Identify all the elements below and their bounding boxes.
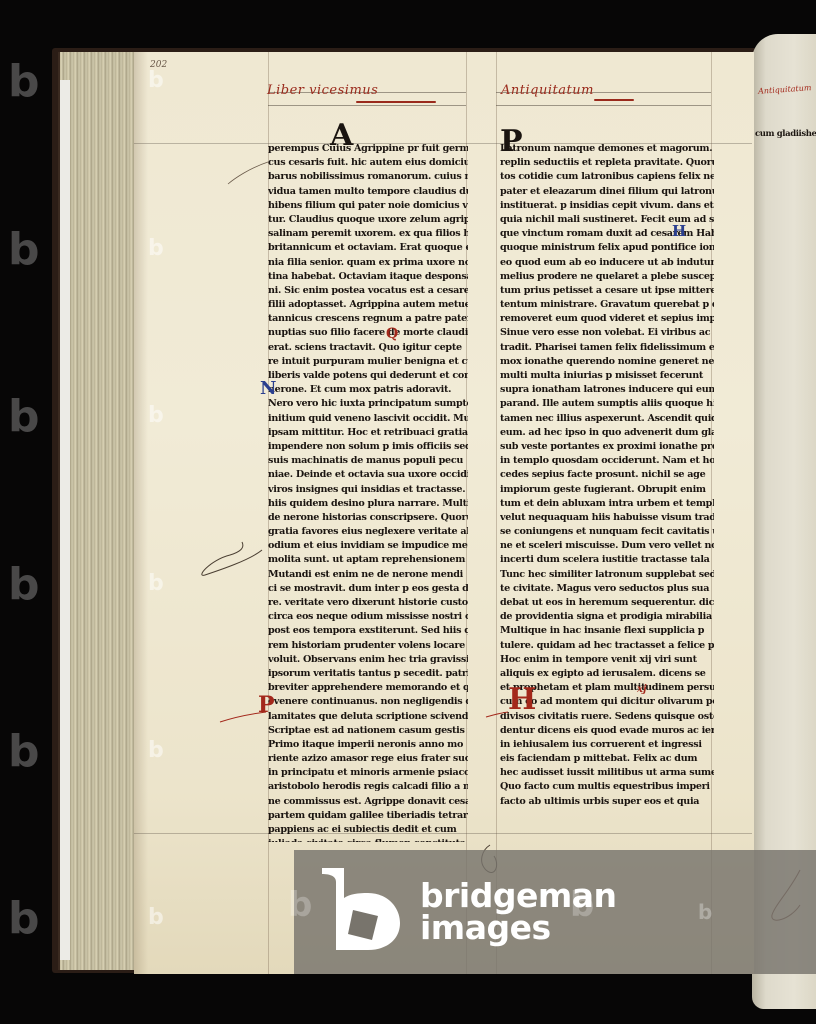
watermark-b-icon: b: [148, 740, 164, 762]
text-line: instituerat. p insidias cepit vivum. dan…: [500, 199, 714, 213]
text-line: cedes sepius facte prosunt. nichil se ag…: [500, 468, 714, 482]
text-line: aristobolo herodis regis calcadi filio a…: [268, 780, 468, 794]
text-line: riente azizo amasor rege eius frater suc…: [268, 752, 468, 766]
text-line: voluit. Observans enim hec tria gravissi…: [268, 653, 468, 667]
text-line: britannicum et octaviam. Erat quoque et …: [268, 241, 468, 255]
text-line: Nero vero hic iuxta principatum sumpto b…: [268, 397, 468, 411]
text-line: iuliada civitate circa flumen constituta…: [268, 837, 468, 842]
text-line: te civitate. Magus vero seductos plus su…: [500, 582, 714, 596]
text-line: niae. Deinde et octavia sua uxore occidi…: [268, 468, 468, 482]
text-line: circa eos neque odium mississe nostri cu…: [268, 610, 468, 624]
text-column-left: perempus Cuius Agrippine pr fuit germani…: [268, 142, 468, 842]
watermark-b-icon: b: [148, 405, 164, 427]
text-line: hec audisset iussit militibus ut arma su…: [500, 766, 714, 780]
gutter-shadow: [134, 52, 148, 974]
text-line: post eos tempora exstiterunt. Sed hiis q…: [268, 624, 468, 638]
text-line: mox ionathe querendo nomine generet nerv…: [500, 355, 714, 369]
text-line: se coniungens et nunquam fecit cavitatis…: [500, 525, 714, 539]
text-line: tina habebat. Octaviam itaque desponsavi…: [268, 270, 468, 284]
text-line: tamen nec illius aspexerunt. Ascendit qu…: [500, 412, 714, 426]
text-line: removeret eum quod videret et sepius imp…: [500, 312, 714, 326]
text-line: odium et eius invidiam se impudice menda…: [268, 539, 468, 553]
text-line: supra ionatham latrones inducere qui eum…: [500, 383, 714, 397]
text-line: perempus Cuius Agrippine pr fuit germani: [268, 142, 468, 156]
ruling-line: [268, 105, 466, 106]
initial-H-blue: H: [672, 222, 686, 240]
text-line: sub veste portantes ex proximi ionathe p…: [500, 440, 714, 454]
text-line: tulere. quidam ad hec tractasset a felic…: [500, 639, 714, 653]
text-line: suis machinatis de manus populi pecu: [268, 454, 468, 468]
text-line: Mutandi est enim ne de nerone mendi: [268, 568, 468, 582]
text-line: quoque ministrum felix apud pontifice io…: [500, 241, 714, 255]
text-line: hiis quidem desino plura narrare. Multi …: [268, 497, 468, 511]
watermark-b-icon: b: [288, 888, 312, 922]
text-line: tur. Claudius quoque uxore zelum agrippi…: [268, 213, 468, 227]
text-line: barus nobilissimus romanorum. cuius mort…: [268, 170, 468, 184]
text-line: eo quod eum ab eo inducere ut ab indutum: [500, 256, 714, 270]
text-line: velut nequaquam hiis habuisse visum trad…: [500, 511, 714, 525]
text-line: de providentia signa et prodigia mirabil…: [500, 610, 714, 624]
text-line: nia filia senior. quam ex prima uxore no…: [268, 256, 468, 270]
text-line: lamitates que deluta scriptione scivendi…: [268, 710, 468, 724]
text-line: Sinue vero esse non volebat. Ei viribus …: [500, 326, 714, 340]
text-line: incerti dum scelera iustitie tractasse t…: [500, 553, 714, 567]
text-line: eis faciendam p mittebat. Felix ac dum: [500, 752, 714, 766]
text-line: tannicus crescens regnum a patre pateret…: [268, 312, 468, 326]
text-line: multi multa iniurias p misisset fecerunt: [500, 369, 714, 383]
text-line: tum et dein abluxam intra urbem et templ…: [500, 497, 714, 511]
marginal-numeral: xj: [637, 684, 647, 695]
text-line: tentum ministrare. Gravatum querebat p q…: [500, 298, 714, 312]
text-line: gratia favores eius neglexere veritate a…: [268, 525, 468, 539]
watermark-b-icon: b: [8, 228, 40, 272]
text-line: Scriptae est ad nationem casum gestis me: [268, 724, 468, 738]
text-line: impiorum geste fugierant. Obrupit enim: [500, 483, 714, 497]
text-line: aliquis ex egipto ad ierusalem. dicens s…: [500, 667, 714, 681]
ruling-line: [496, 52, 497, 974]
text-line: tos cotidie cum latronibus capiens felix…: [500, 170, 714, 184]
text-line: nuptias suo filio facere de morte claudi…: [268, 326, 468, 340]
initial-Q: Q: [386, 326, 398, 342]
text-line: erat. sciens tractavit. Quo igitur cepte: [268, 341, 468, 355]
watermark-b-icon: b: [8, 897, 40, 941]
text-line: re. veritate vero dixerunt historie cust…: [268, 596, 468, 610]
text-line: pater et eleazarum dinei filium qui latr…: [500, 185, 714, 199]
text-line: ni. Sic enim postea vocatus est a cesare…: [268, 284, 468, 298]
text-line: ci se mostravit. dum inter p eos gesta d…: [268, 582, 468, 596]
text-line: impendere non solum p imis officiis sed …: [268, 440, 468, 454]
text-line: viros insignes qui insidias et tractasse…: [268, 483, 468, 497]
watermark-b-icon: b: [148, 70, 164, 92]
watermark-b-icon: b: [570, 888, 594, 922]
text-line: eum. ad hec ipso in quo advenerit dum gl…: [500, 426, 714, 440]
text-line: Primo itaque imperii neronis anno mo: [268, 738, 468, 752]
text-line: re intuit purpuram mulier benigna et cum…: [268, 355, 468, 369]
text-line: salinam peremit uxorem. ex qua filios ha…: [268, 227, 468, 241]
text-line: in iehiusalem ius corruerent et ingressi: [500, 738, 714, 752]
text-line: tum prius petisset a cesare ut ipse mitt…: [500, 284, 714, 298]
text-line: ne commissus est. Agrippe donavit cesar: [268, 795, 468, 809]
watermark-b-icon: b: [8, 395, 40, 439]
watermark-b-icon: b: [8, 60, 40, 104]
text-line: rem historiam prudenter volens locare de…: [268, 639, 468, 653]
text-line: de nerone historias conscripsere. Quorum…: [268, 511, 468, 525]
recto-text-column: cum gladiishec autemflavius seantalbene …: [755, 128, 816, 838]
text-line: liberis valde potens qui dederunt et con…: [268, 369, 468, 383]
text-line: nerone. Et cum mox patris adoravit.: [268, 383, 468, 397]
text-line: debat ut eos in heremum sequerentur. dic…: [500, 596, 714, 610]
watermark-b-icon: b: [148, 573, 164, 595]
text-line: parand. Ille autem sumptis aliis quoque …: [500, 397, 714, 411]
text-line: Multique in hac insanie flexi supplicia …: [500, 624, 714, 638]
text-line: pappiens ac ei subiectis dedit et cum: [268, 823, 468, 837]
text-line: in principatu et minoris armenie psiaco: [268, 766, 468, 780]
header-flourish: [356, 101, 436, 103]
text-line: replin seductiis et repleta pravitate. Q…: [500, 156, 714, 170]
text-line: cus cesaris fuit. hic autem eius domiciu…: [268, 156, 468, 170]
watermark-b-icon: b: [698, 902, 712, 922]
header-flourish: [594, 99, 634, 101]
text-line: filii adoptasset. Agrippina autem metuen…: [268, 298, 468, 312]
text-line: ipsam mittitur. Hoc et retribuaci gratia…: [268, 426, 468, 440]
photo-scene: Antiquitatum cum gladiishec autemflavius…: [0, 0, 816, 1024]
text-line: hibens filium qui pater noie domicius vo…: [268, 199, 468, 213]
text-line: melius prodere ne quelaret a plebe susce…: [500, 270, 714, 284]
text-line: dentur dicens eis quod evade muros ac ie…: [500, 724, 714, 738]
ruling-line: [496, 105, 711, 106]
text-line: ne et sceleri miscuisse. Dum vero vellet…: [500, 539, 714, 553]
text-line: initium quid veneno lascivit occidit. Mu…: [268, 412, 468, 426]
page-edge-highlight: [60, 80, 70, 960]
text-line: vidua tamen multo tempore claudius duxit…: [268, 185, 468, 199]
watermark-b-icon: b: [8, 730, 40, 774]
text-line: evenere continuanus. non negligendis que…: [268, 695, 468, 709]
running-header-left: Liber vicesimus: [267, 83, 378, 98]
watermark-b-icon: b: [8, 563, 40, 607]
text-line: Quo facto cum multis equestribus imperi: [500, 780, 714, 794]
text-line: breviter apprehendere memorando et que n…: [268, 681, 468, 695]
text-line: in templo quosdam occiderunt. Nam et hos: [500, 454, 714, 468]
initial-A: A: [330, 118, 353, 153]
text-line: Hoc enim in tempore venit xij viri sunt: [500, 653, 714, 667]
watermark-b-icon: b: [148, 238, 164, 260]
text-line: molita sunt. ut aptam reprehensionem sit…: [268, 553, 468, 567]
text-line: Latronum namque demones et magorum. Regi…: [500, 142, 714, 156]
text-line: ipsorum veritatis tantus p secedit. patr…: [268, 667, 468, 681]
bridgeman-logo-icon: [320, 868, 402, 950]
text-line: cum gladiis: [755, 129, 806, 139]
text-line: facto ab ultimis urbis super eos et quia: [500, 795, 714, 809]
text-line: Tunc hec similiter latronum supplebat se…: [500, 568, 714, 582]
text-line: hec autem: [806, 129, 816, 139]
text-line: tradit. Pharisei tamen felix fidelissimu…: [500, 341, 714, 355]
initial-N: N: [260, 378, 276, 399]
text-line: partem quidam galilee tiberiadis tetrarc…: [268, 809, 468, 823]
initial-H-red: H: [508, 682, 536, 717]
text-column-right: Latronum namque demones et magorum. Regi…: [500, 142, 714, 842]
initial-P-right: P: [500, 124, 523, 159]
watermark-b-icon: b: [148, 907, 164, 929]
initial-P: P: [258, 692, 275, 718]
running-header-right: Antiquitatum: [501, 83, 594, 98]
watermark-banner: bridgeman images b b b: [294, 850, 816, 974]
